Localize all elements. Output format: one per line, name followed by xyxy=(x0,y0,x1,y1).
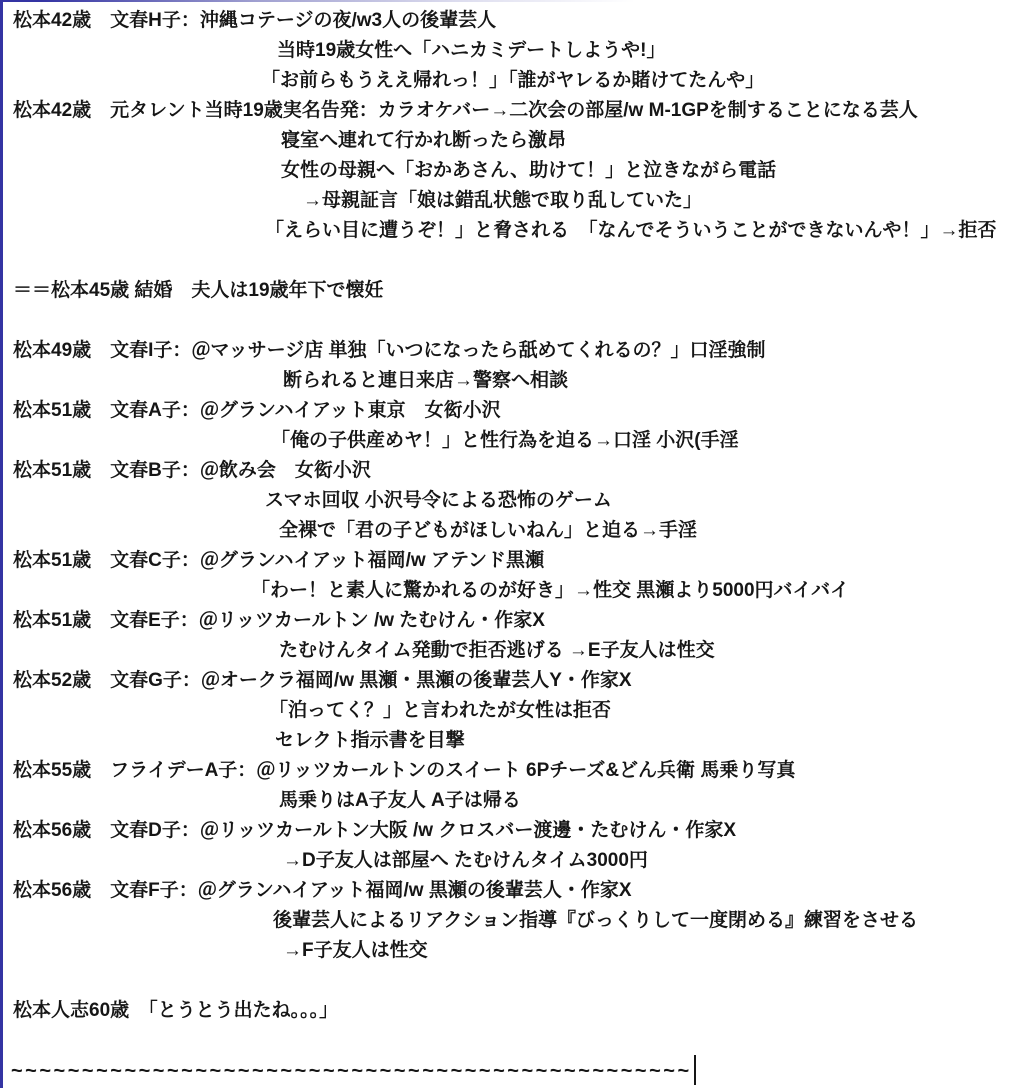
text-line: 松本42歳 元タレント当時19歳実名告発：カラオケバー→二次会の部屋/w M-1… xyxy=(3,96,1024,126)
text-line: 「えらい目に遭うぞ！」と脅される 「なんでそういうことができないんや！」→拒否 xyxy=(3,216,1024,246)
text-line: 女性の母親へ「おかあさん、助けて！」と泣きながら電話 xyxy=(3,156,1024,186)
text-line: 松本51歳 文春E子：＠リッツカールトン /w たむけん・作家X xyxy=(3,606,1024,636)
text-line: →D子友人は部屋へ たむけんタイム3000円 xyxy=(3,846,1024,876)
text-line: 松本55歳 フライデーA子：＠リッツカールトンのスイート 6Pチーズ&どん兵衛 … xyxy=(3,756,1024,786)
tilde-separator-line: ~~~~~~~~~~~~~~~~~~~~~~~~~~~~~~~~~~~~~~~~… xyxy=(3,1056,1024,1086)
text-line: 当時19歳女性へ「ハニカミデートしようや!」 xyxy=(3,36,1024,66)
text-line: たむけんタイム発動で拒否逃げる →E子友人は性交 xyxy=(3,636,1024,666)
text-line: 松本52歳 文春G子：＠オークラ福岡/w 黒瀬・黒瀬の後輩芸人Y・作家X xyxy=(3,666,1024,696)
text-line: 松本51歳 文春B子：＠飲み会 女衒小沢 xyxy=(3,456,1024,486)
text-line: 松本42歳 文春H子：沖縄コテージの夜/w3人の後輩芸人 xyxy=(3,6,1024,36)
text-line: スマホ回収 小沢号令による恐怖のゲーム xyxy=(3,486,1024,516)
text-line xyxy=(3,246,1024,276)
text-line: 断られると連日来店→警察へ相談 xyxy=(3,366,1024,396)
text-line: 「俺の子供産めヤ！」と性行為を迫る→口淫 小沢(手淫 xyxy=(3,426,1024,456)
text-line: 松本56歳 文春D子：＠リッツカールトン大阪 /w クロスバー渡邊・たむけん・作… xyxy=(3,816,1024,846)
text-line: ＝＝松本45歳 結婚 夫人は19歳年下で懐妊 xyxy=(3,276,1024,306)
text-line: 寝室へ連れて行かれ断ったら激昂 xyxy=(3,126,1024,156)
window-top-edge xyxy=(0,0,1024,2)
text-line: 松本49歳 文春I子：＠マッサージ店 単独「いつになったら舐めてくれるの？」口淫… xyxy=(3,336,1024,366)
text-line: 松本56歳 文春F子：＠グランハイアット福岡/w 黒瀬の後輩芸人・作家X xyxy=(3,876,1024,906)
text-line xyxy=(3,966,1024,996)
text-line: →母親証言「娘は錯乱状態で取り乱していた」 xyxy=(3,186,1024,216)
text-editor-viewport[interactable]: 松本42歳 文春H子：沖縄コテージの夜/w3人の後輩芸人当時19歳女性へ「ハニカ… xyxy=(0,0,1024,1088)
document-body[interactable]: 松本42歳 文春H子：沖縄コテージの夜/w3人の後輩芸人当時19歳女性へ「ハニカ… xyxy=(3,6,1024,1086)
text-caret xyxy=(694,1055,696,1085)
text-line: 松本51歳 文春A子：＠グランハイアット東京 女衒小沢 xyxy=(3,396,1024,426)
text-line xyxy=(3,1026,1024,1056)
text-line: 「お前らもうええ帰れっ！」「誰がヤレるか賭けてたんや」 xyxy=(3,66,1024,96)
text-line: 松本人志60歳 「とうとう出たね。。。」 xyxy=(3,996,1024,1026)
text-line: 松本51歳 文春C子：＠グランハイアット福岡/w アテンド黒瀬 xyxy=(3,546,1024,576)
text-line: 後輩芸人によるリアクション指導『びっくりして一度閉める』練習をさせる xyxy=(3,906,1024,936)
text-line: 「泊ってく？」と言われたが女性は拒否 xyxy=(3,696,1024,726)
text-line: →F子友人は性交 xyxy=(3,936,1024,966)
text-line: 全裸で「君の子どもがほしいねん」と迫る→手淫 xyxy=(3,516,1024,546)
text-line: 「わー！と素人に驚かれるのが好き」→性交 黒瀬より5000円バイバイ xyxy=(3,576,1024,606)
text-line xyxy=(3,306,1024,336)
text-line: 馬乗りはA子友人 A子は帰る xyxy=(3,786,1024,816)
text-line: セレクト指示書を目撃 xyxy=(3,726,1024,756)
